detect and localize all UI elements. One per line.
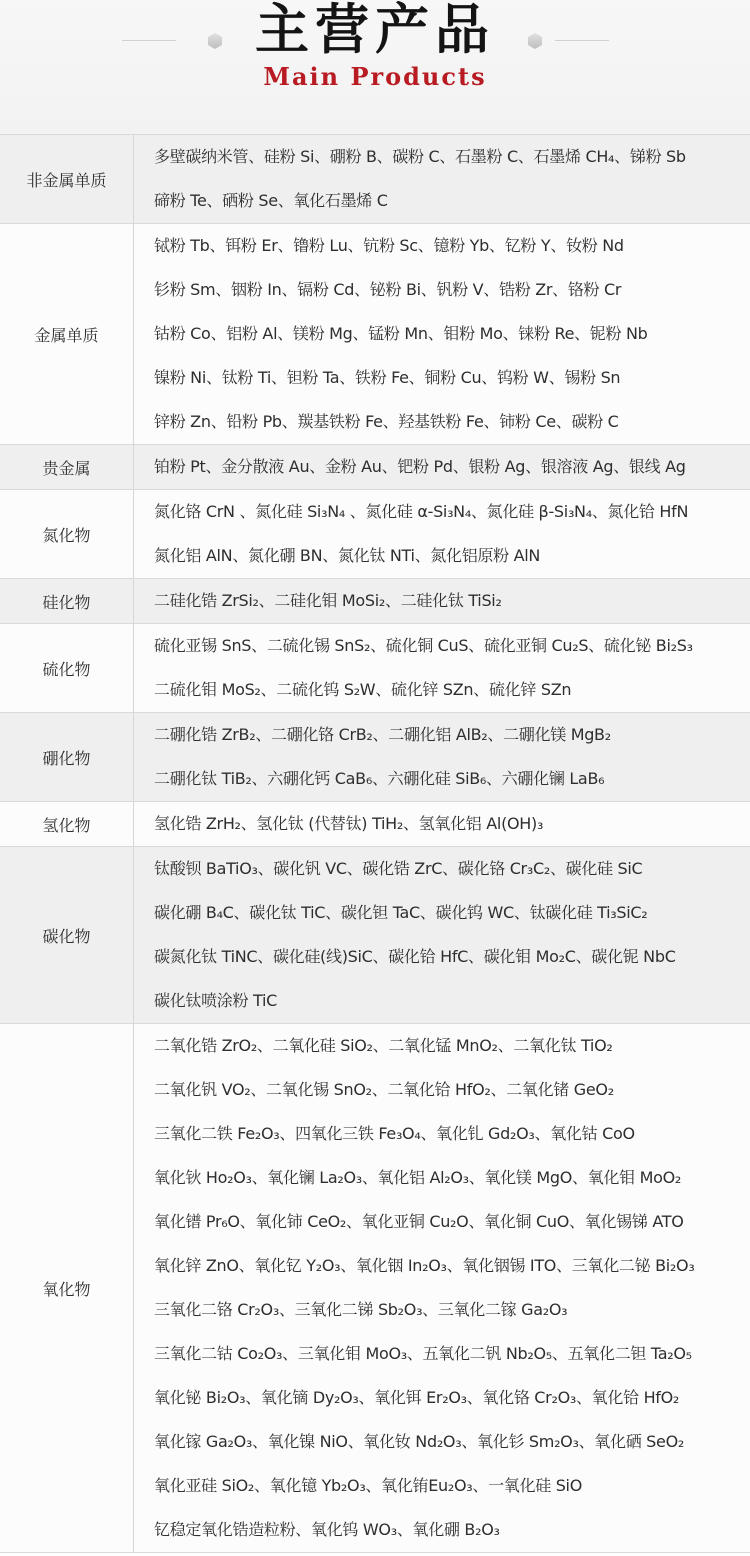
product-line: 铂粉 Pt、金分散液 Au、金粉 Au、钯粉 Pd、银粉 Ag、银溶液 Ag、银… — [154, 445, 750, 489]
product-line: 氮化铬 CrN 、氮化硅 Si₃N₄ 、氮化硅 α-Si₃N₄、氮化硅 β-Si… — [154, 490, 750, 534]
product-line: 二氧化锆 ZrO₂、二氧化硅 SiO₂、二氧化锰 MnO₂、二氧化钛 TiO₂ — [154, 1024, 750, 1068]
category-items: 硫化亚锡 SnS、二硫化锡 SnS₂、硫化铜 CuS、硫化亚铜 Cu₂S、硫化铋… — [134, 624, 750, 713]
product-line: 钛酸钡 BaTiO₃、碳化钒 VC、碳化锆 ZrC、碳化铬 Cr₃C₂、碳化硅 … — [154, 847, 750, 891]
product-line: 氮化铝 AlN、氮化硼 BN、氮化钛 NTi、氮化铝原粉 AlN — [154, 534, 750, 578]
category-items: 多壁碳纳米管、硅粉 Si、硼粉 B、碳粉 C、石墨粉 C、石墨烯 CH₄、锑粉 … — [134, 135, 750, 224]
product-line: 二硼化锆 ZrB₂、二硼化铬 CrB₂、二硼化铝 AlB₂、二硼化镁 MgB₂ — [154, 713, 750, 757]
table-row: 氧化物 二氧化锆 ZrO₂、二氧化硅 SiO₂、二氧化锰 MnO₂、二氧化钛 T… — [0, 1024, 750, 1553]
product-line: 硫化亚锡 SnS、二硫化锡 SnS₂、硫化铜 CuS、硫化亚铜 Cu₂S、硫化铋… — [154, 624, 750, 668]
category-items: 二硅化锆 ZrSi₂、二硅化钼 MoSi₂、二硅化钛 TiSi₂ — [134, 579, 750, 624]
category-label: 碳化物 — [0, 847, 134, 1024]
table-row: 硅化物 二硅化锆 ZrSi₂、二硅化钼 MoSi₂、二硅化钛 TiSi₂ — [0, 579, 750, 624]
product-line: 钴粉 Co、铝粉 Al、镁粉 Mg、锰粉 Mn、钼粉 Mo、铼粉 Re、铌粉 N… — [154, 312, 750, 356]
category-label: 氢化物 — [0, 802, 134, 847]
product-line: 多壁碳纳米管、硅粉 Si、硼粉 B、碳粉 C、石墨粉 C、石墨烯 CH₄、锑粉 … — [154, 135, 750, 179]
product-line: 碳化钛喷涂粉 TiC — [154, 979, 750, 1023]
table-row: 非金属单质 多壁碳纳米管、硅粉 Si、硼粉 B、碳粉 C、石墨粉 C、石墨烯 C… — [0, 135, 750, 224]
category-items: 氢化锆 ZrH₂、氢化钛 (代替钛) TiH₂、氢氧化铝 Al(OH)₃ — [134, 802, 750, 847]
product-line: 三氧化二钴 Co₂O₃、三氧化钼 MoO₃、五氧化二钒 Nb₂O₅、五氧化二钽 … — [154, 1332, 750, 1376]
category-items: 钛酸钡 BaTiO₃、碳化钒 VC、碳化锆 ZrC、碳化铬 Cr₃C₂、碳化硅 … — [134, 847, 750, 1024]
table-row: 硼化物 二硼化锆 ZrB₂、二硼化铬 CrB₂、二硼化铝 AlB₂、二硼化镁 M… — [0, 713, 750, 802]
product-line: 碳氮化钛 TiNC、碳化硅(线)SiC、碳化铪 HfC、碳化钼 Mo₂C、碳化铌… — [154, 935, 750, 979]
product-line: 钐粉 Sm、铟粉 In、镉粉 Cd、铋粉 Bi、钒粉 V、锆粉 Zr、铬粉 Cr — [154, 268, 750, 312]
product-line: 氢化锆 ZrH₂、氢化钛 (代替钛) TiH₂、氢氧化铝 Al(OH)₃ — [154, 802, 750, 846]
product-line: 锌粉 Zn、铅粉 Pb、羰基铁粉 Fe、羟基铁粉 Fe、铈粉 Ce、碳粉 C — [154, 400, 750, 444]
table-row: 贵金属 铂粉 Pt、金分散液 Au、金粉 Au、钯粉 Pd、银粉 Ag、银溶液 … — [0, 445, 750, 490]
page-title: 主营产品 — [0, 0, 750, 60]
category-label: 硼化物 — [0, 713, 134, 802]
product-line: 碳化硼 B₄C、碳化钛 TiC、碳化钽 TaC、碳化钨 WC、钛碳化硅 Ti₃S… — [154, 891, 750, 935]
product-line: 铽粉 Tb、铒粉 Er、镥粉 Lu、钪粉 Sc、镱粉 Yb、钇粉 Y、钕粉 Nd — [154, 224, 750, 268]
category-label: 硅化物 — [0, 579, 134, 624]
category-label: 硫化物 — [0, 624, 134, 713]
category-items: 二硼化锆 ZrB₂、二硼化铬 CrB₂、二硼化铝 AlB₂、二硼化镁 MgB₂ … — [134, 713, 750, 802]
product-line: 二硅化锆 ZrSi₂、二硅化钼 MoSi₂、二硅化钛 TiSi₂ — [154, 579, 750, 623]
category-label: 金属单质 — [0, 224, 134, 445]
product-line: 氧化钬 Ho₂O₃、氧化镧 La₂O₃、氧化铝 Al₂O₃、氧化镁 MgO、氧化… — [154, 1156, 750, 1200]
product-line: 氧化亚硅 SiO₂、氧化镱 Yb₂O₃、氧化铕Eu₂O₃、一氧化硅 SiO — [154, 1464, 750, 1508]
products-table: 非金属单质 多壁碳纳米管、硅粉 Si、硼粉 B、碳粉 C、石墨粉 C、石墨烯 C… — [0, 134, 750, 1553]
decorative-line-right — [555, 40, 609, 41]
product-line: 三氧化二铬 Cr₂O₃、三氧化二锑 Sb₂O₃、三氧化二镓 Ga₂O₃ — [154, 1288, 750, 1332]
product-line: 氧化锌 ZnO、氧化钇 Y₂O₃、氧化铟 In₂O₃、氧化铟锡 ITO、三氧化二… — [154, 1244, 750, 1288]
product-line: 二硫化钼 MoS₂、二硫化钨 S₂W、硫化锌 SZn、硫化锌 SZn — [154, 668, 750, 712]
category-label: 贵金属 — [0, 445, 134, 490]
product-line: 二氧化钒 VO₂、二氧化锡 SnO₂、二氧化铪 HfO₂、二氧化锗 GeO₂ — [154, 1068, 750, 1112]
product-line: 镍粉 Ni、钛粉 Ti、钽粉 Ta、铁粉 Fe、铜粉 Cu、钨粉 W、锡粉 Sn — [154, 356, 750, 400]
product-line: 氧化镨 Pr₆O、氧化铈 CeO₂、氧化亚铜 Cu₂O、氧化铜 CuO、氧化锡锑… — [154, 1200, 750, 1244]
product-line: 钇稳定氧化锆造粒粉、氧化钨 WO₃、氧化硼 B₂O₃ — [154, 1508, 750, 1552]
product-line: 氧化镓 Ga₂O₃、氧化镍 NiO、氧化钕 Nd₂O₃、氧化钐 Sm₂O₃、氧化… — [154, 1420, 750, 1464]
category-label: 非金属单质 — [0, 135, 134, 224]
product-line: 二硼化钛 TiB₂、六硼化钙 CaB₆、六硼化硅 SiB₆、六硼化镧 LaB₆ — [154, 757, 750, 801]
product-line: 氧化铋 Bi₂O₃、氧化镝 Dy₂O₃、氧化铒 Er₂O₃、氧化铬 Cr₂O₃、… — [154, 1376, 750, 1420]
table-row: 氢化物 氢化锆 ZrH₂、氢化钛 (代替钛) TiH₂、氢氧化铝 Al(OH)₃ — [0, 802, 750, 847]
category-label: 氧化物 — [0, 1024, 134, 1553]
category-items: 氮化铬 CrN 、氮化硅 Si₃N₄ 、氮化硅 α-Si₃N₄、氮化硅 β-Si… — [134, 490, 750, 579]
page-header: 主营产品 Main Products — [0, 0, 750, 134]
category-items: 铽粉 Tb、铒粉 Er、镥粉 Lu、钪粉 Sc、镱粉 Yb、钇粉 Y、钕粉 Nd… — [134, 224, 750, 445]
product-line: 碲粉 Te、硒粉 Se、氧化石墨烯 C — [154, 179, 750, 223]
table-row: 碳化物 钛酸钡 BaTiO₃、碳化钒 VC、碳化锆 ZrC、碳化铬 Cr₃C₂、… — [0, 847, 750, 1024]
table-row: 硫化物 硫化亚锡 SnS、二硫化锡 SnS₂、硫化铜 CuS、硫化亚铜 Cu₂S… — [0, 624, 750, 713]
product-line: 三氧化二铁 Fe₂O₃、四氧化三铁 Fe₃O₄、氧化钆 Gd₂O₃、氧化钴 Co… — [154, 1112, 750, 1156]
table-row: 金属单质 铽粉 Tb、铒粉 Er、镥粉 Lu、钪粉 Sc、镱粉 Yb、钇粉 Y、… — [0, 224, 750, 445]
table-row: 氮化物 氮化铬 CrN 、氮化硅 Si₃N₄ 、氮化硅 α-Si₃N₄、氮化硅 … — [0, 490, 750, 579]
page-subtitle: Main Products — [0, 62, 750, 91]
category-items: 二氧化锆 ZrO₂、二氧化硅 SiO₂、二氧化锰 MnO₂、二氧化钛 TiO₂ … — [134, 1024, 750, 1553]
category-label: 氮化物 — [0, 490, 134, 579]
category-items: 铂粉 Pt、金分散液 Au、金粉 Au、钯粉 Pd、银粉 Ag、银溶液 Ag、银… — [134, 445, 750, 490]
